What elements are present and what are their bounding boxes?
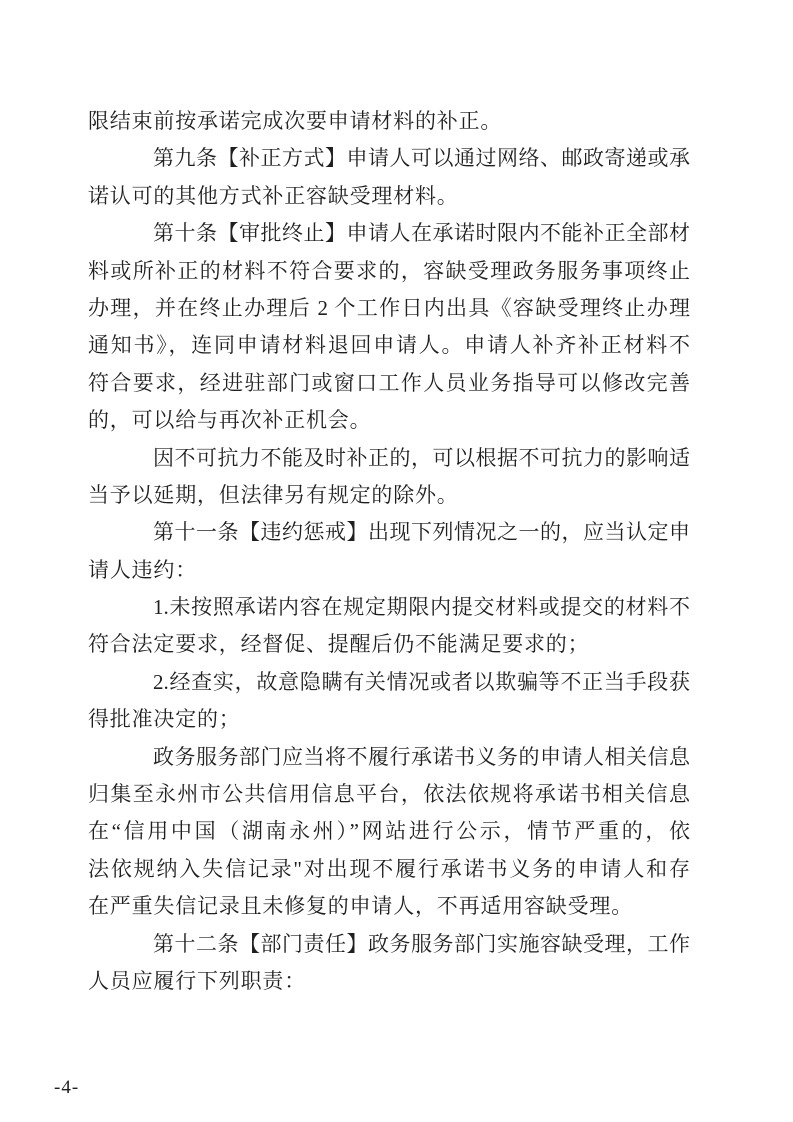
- text-line: 在严重失信记录且未修复的申请人，不再适用容缺受理。: [88, 888, 690, 925]
- text-line: 法依规纳入失信记录"对出现不履行承诺书义务的申请人和存: [88, 851, 690, 888]
- text-line: 第十一条【违约惩戒】出现下列情况之一的，应当认定申: [88, 514, 690, 551]
- page-number: -4-: [54, 1076, 79, 1100]
- text-line: 1.未按照承诺内容在规定期限内提交材料或提交的材料不: [88, 589, 690, 626]
- text-line: 第十条【审批终止】申请人在承诺时限内不能补正全部材: [88, 215, 690, 252]
- text-line: 符合要求，经进驻部门或窗口工作人员业务指导可以修改完善: [88, 365, 690, 402]
- text-line: 2.经查实，故意隐瞒有关情况或者以欺骗等不正当手段获: [88, 664, 690, 701]
- document-page: 限结束前按承诺完成次要申请材料的补正。第九条【补正方式】申请人可以通过网络、邮政…: [0, 0, 793, 1122]
- text-line: 通知书》，连同申请材料退回申请人。申请人补齐补正材料不: [88, 327, 690, 364]
- text-line: 当予以延期，但法律另有规定的除外。: [88, 477, 690, 514]
- text-line: 第十二条【部门责任】政务服务部门实施容缺受理，工作: [88, 926, 690, 963]
- text-line: 因不可抗力不能及时补正的，可以根据不可抗力的影响适: [88, 440, 690, 477]
- text-line: 的，可以给与再次补正机会。: [88, 402, 690, 439]
- text-line: 料或所补正的材料不符合要求的，容缺受理政务服务事项终止: [88, 253, 690, 290]
- text-line: 得批准决定的；: [88, 701, 690, 738]
- text-line: 人员应履行下列职责：: [88, 963, 690, 1000]
- text-line: 诺认可的其他方式补正容缺受理材料。: [88, 178, 690, 215]
- text-line: 政务服务部门应当将不履行承诺书义务的申请人相关信息: [88, 739, 690, 776]
- text-line: 第九条【补正方式】申请人可以通过网络、邮政寄递或承: [88, 140, 690, 177]
- text-line: 在“信用中国（湖南永州）”网站进行公示，情节严重的，依: [88, 813, 690, 850]
- text-line: 限结束前按承诺完成次要申请材料的补正。: [88, 103, 690, 140]
- text-line: 符合法定要求，经督促、提醒后仍不能满足要求的；: [88, 626, 690, 663]
- document-body: 限结束前按承诺完成次要申请材料的补正。第九条【补正方式】申请人可以通过网络、邮政…: [88, 103, 690, 1000]
- text-line: 请人违约：: [88, 552, 690, 589]
- text-line: 归集至永州市公共信用信息平台，依法依规将承诺书相关信息: [88, 776, 690, 813]
- text-line: 办理，并在终止办理后 2 个工作日内出具《容缺受理终止办理: [88, 290, 690, 327]
